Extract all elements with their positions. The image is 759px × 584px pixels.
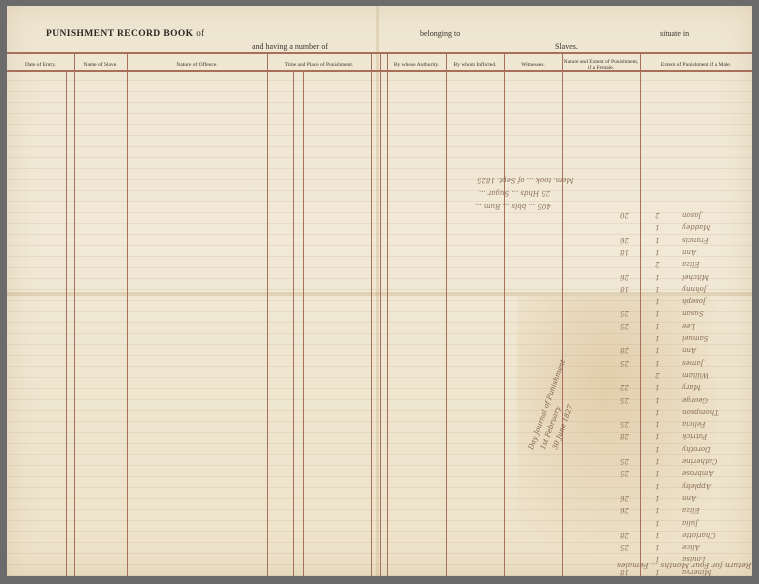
handwritten-name: Patrick <box>682 432 707 440</box>
handwritten-tally: 2 <box>655 371 659 379</box>
handwritten-name: Felicia <box>682 420 705 428</box>
handwritten-name: Johnny <box>682 285 707 293</box>
handwritten-tally: 1 <box>655 457 659 465</box>
handwritten-name: Julia <box>682 519 698 527</box>
handwritten-name: George <box>682 396 708 404</box>
col-divider <box>446 52 447 576</box>
handwritten-name: Ann <box>682 494 696 502</box>
handwritten-number: 25 <box>620 309 629 317</box>
handwritten-name: James <box>682 359 703 367</box>
col-divider <box>74 52 75 576</box>
handwritten-number: 18 <box>620 568 629 576</box>
handwritten-number: 25 <box>620 543 629 551</box>
handwritten-number: 26 <box>620 506 629 514</box>
handwritten-tally: 1 <box>655 396 659 404</box>
col-divider <box>267 52 268 576</box>
handwritten-tally: 1 <box>655 408 659 416</box>
handwritten-name: Thompson <box>682 408 719 416</box>
handwritten-tally: 1 <box>655 482 659 490</box>
handwritten-name: Eliza <box>682 260 699 268</box>
col-divider <box>66 70 67 576</box>
col-header-name: Name of Slave. <box>74 58 127 72</box>
handwritten-number: 26 <box>620 236 629 244</box>
handwritten-name: Catherine <box>682 457 717 465</box>
handwritten-name: Eliza <box>682 506 699 514</box>
handwritten-name: Louisa <box>682 555 705 563</box>
handwritten-name: Joseph <box>682 297 706 305</box>
handwritten-name: Charlotte <box>682 531 716 539</box>
handwritten-name: William <box>682 371 709 379</box>
handwritten-number: 18 <box>620 285 629 293</box>
handwritten-number: 25 <box>620 322 629 330</box>
col-divider <box>640 52 641 576</box>
page-title: PUNISHMENT RECORD BOOK of <box>46 28 205 39</box>
col-divider <box>380 52 381 576</box>
handwritten-tally: 1 <box>655 494 659 502</box>
record-sheet: PUNISHMENT RECORD BOOK of and having a n… <box>7 6 752 576</box>
col-divider <box>504 52 505 576</box>
header-slaves: Slaves. <box>555 42 578 51</box>
col-header-witnesses: Witnesses. <box>504 58 562 72</box>
col-header-time-place: Time and Place of Punishment. <box>267 58 371 72</box>
handwritten-tally: 1 <box>655 445 659 453</box>
handwritten-tally: 2 <box>655 211 659 219</box>
header-number-of: and having a number of <box>252 42 328 51</box>
handwritten-tally: 1 <box>655 432 659 440</box>
col-header-offence: Nature of Offence. <box>127 58 267 72</box>
handwritten-number: 22 <box>620 383 629 391</box>
handwritten-number: 18 <box>620 248 629 256</box>
handwritten-tally: 1 <box>655 469 659 477</box>
handwritten-tally: 1 <box>655 555 659 563</box>
handwritten-tally: 1 <box>655 285 659 293</box>
handwritten-name: Dorothy <box>682 445 711 453</box>
handwritten-number: 28 <box>620 531 629 539</box>
handwritten-tally: 1 <box>655 543 659 551</box>
col-header-male: Extent of Punishment if a Male. <box>640 58 752 72</box>
handwritten-number: 25 <box>620 359 629 367</box>
handwritten-name: Susan <box>682 309 704 317</box>
handwritten-tally: 1 <box>655 322 659 330</box>
handwritten-tally: 1 <box>655 273 659 281</box>
col-divider <box>127 52 128 576</box>
vertical-fold <box>376 6 379 576</box>
handwritten-name: Mary <box>682 383 701 391</box>
handwritten-tally: 1 <box>655 334 659 342</box>
handwritten-tally: 1 <box>655 531 659 539</box>
handwritten-number: 20 <box>620 211 629 219</box>
handwritten-number: 28 <box>620 346 629 354</box>
handwritten-number: 25 <box>620 396 629 404</box>
handwritten-tally: 1 <box>655 420 659 428</box>
handwritten-number: 25 <box>620 457 629 465</box>
header-situate-in: situate in <box>660 29 689 38</box>
handwritten-name: Ann <box>682 248 696 256</box>
handwritten-note: 405 ... bbls ... Rum ... <box>475 202 551 210</box>
handwritten-number: 25 <box>620 469 629 477</box>
col-divider <box>562 52 563 576</box>
handwritten-tally: 1 <box>655 568 659 576</box>
handwritten-name: Alice <box>682 543 700 551</box>
col-header-date: Date of Entry. <box>7 58 74 72</box>
handwritten-name: Maddey <box>682 223 710 231</box>
handwritten-tally: 1 <box>655 309 659 317</box>
handwritten-tally: 2 <box>655 260 659 268</box>
handwritten-tally: 1 <box>655 519 659 527</box>
handwritten-name: Minerva <box>682 568 712 576</box>
handwritten-tally: 1 <box>655 297 659 305</box>
col-header-inflicted: By whom Inflicted. <box>446 58 504 72</box>
col-divider <box>387 52 388 576</box>
handwritten-tally: 1 <box>655 359 659 367</box>
handwritten-name: Samuel <box>682 334 709 342</box>
handwritten-name: Appleby <box>682 482 711 490</box>
handwritten-name: Jason <box>682 211 701 219</box>
handwritten-name: Ann <box>682 346 696 354</box>
handwritten-name: Mitchel <box>682 273 709 281</box>
handwritten-note: 25 Hhds ... Sugar ... <box>479 189 550 197</box>
header-belonging-to: belonging to <box>420 29 460 38</box>
col-divider <box>371 52 372 576</box>
handwritten-name: Francis <box>682 236 709 244</box>
handwritten-note: Mem. took ... of Sept. 1825 <box>477 176 574 184</box>
handwritten-number: 26 <box>620 273 629 281</box>
handwritten-name: Ambrose <box>682 469 713 477</box>
handwritten-tally: 1 <box>655 383 659 391</box>
col-divider <box>293 70 294 576</box>
handwritten-number: 28 <box>620 432 629 440</box>
col-divider <box>303 70 304 576</box>
title-text: PUNISHMENT RECORD BOOK <box>46 29 193 39</box>
col-header-authority: By whose Authority. <box>387 58 446 72</box>
handwritten-tally: 1 <box>655 346 659 354</box>
handwritten-number: 26 <box>620 494 629 502</box>
handwritten-tally: 1 <box>655 506 659 514</box>
handwritten-tally: 1 <box>655 223 659 231</box>
handwritten-name: Lee <box>682 322 695 330</box>
handwritten-tally: 1 <box>655 248 659 256</box>
handwritten-number: 25 <box>620 420 629 428</box>
col-header-female: Nature and Extent of Punishment, if a Fe… <box>562 58 640 72</box>
handwritten-tally: 1 <box>655 236 659 244</box>
title-of: of <box>196 28 204 38</box>
